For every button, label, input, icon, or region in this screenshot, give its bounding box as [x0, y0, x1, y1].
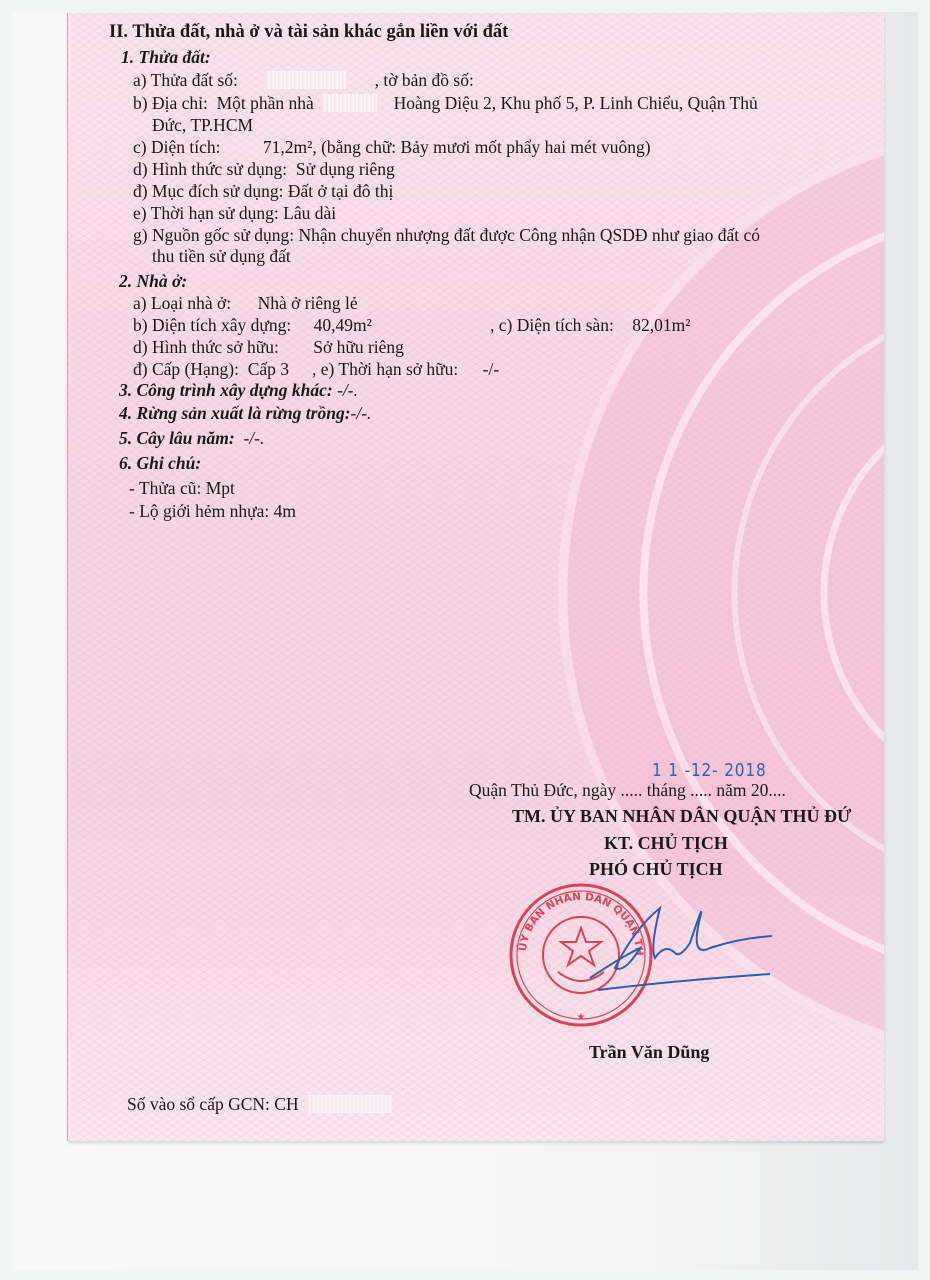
redacted-registry-number: [307, 1095, 392, 1113]
ownership-term-value: -/-: [483, 359, 500, 379]
house-build-area: b) Diện tích xây dựng: 40,49m²: [133, 315, 372, 336]
ownership-label: d) Hình thức sở hữu:: [133, 337, 279, 357]
origin-label: g) Nguồn gốc sử dụng:: [133, 225, 294, 245]
registry-label: Số vào sổ cấp GCN: CH: [127, 1094, 299, 1114]
land-use-term: e) Thời hạn sử dụng: Lâu dài: [133, 203, 336, 224]
perennial-trees: 5. Cây lâu năm: -/-.: [119, 428, 264, 449]
floor-area-value: 82,01m²: [632, 315, 690, 335]
land-heading: 1. Thửa đất:: [121, 47, 211, 68]
land-parcel-number: a) Thửa đất số: , tờ bản đồ số:: [133, 70, 474, 91]
use-term-value: Lâu dài: [283, 203, 336, 223]
use-purpose-label: đ) Mục đích sử dụng:: [133, 181, 283, 201]
land-origin: g) Nguồn gốc sử dụng: Nhận chuyển nhượng…: [133, 225, 760, 246]
area-label: c) Diện tích:: [133, 137, 220, 157]
house-floor-area: , c) Diện tích sàn: 82,01m²: [490, 315, 691, 336]
redacted-house-number: [322, 94, 377, 112]
forest-value: -/-.: [351, 403, 372, 423]
address-continuation: Đức, TP.HCM: [152, 115, 253, 136]
handwritten-signature-icon: [580, 888, 780, 998]
floor-area-label: , c) Diện tích sàn:: [490, 315, 614, 335]
origin-value: Nhận chuyển nhượng đất được Công nhận QS…: [299, 225, 761, 245]
other-works: 3. Công trình xây dựng khác: -/-.: [119, 380, 358, 401]
svg-text:★: ★: [577, 1012, 586, 1023]
grade-value: Cấp 3: [248, 359, 289, 379]
house-heading: 2. Nhà ở:: [119, 271, 187, 292]
use-form-value: Sử dụng riêng: [296, 159, 395, 179]
land-use-form: d) Hình thức sử dụng: Sử dụng riêng: [133, 159, 395, 180]
note-item: - Lộ giới hẻm nhựa: 4m: [129, 501, 296, 522]
section-title: II. Thửa đất, nhà ở và tài sản khác gắn …: [109, 22, 508, 43]
note-item: - Thửa cũ: Mpt: [129, 478, 235, 499]
forest-heading: 4. Rừng sản xuất là rừng trồng:: [119, 403, 351, 423]
address-prefix: Một phần nhà: [217, 93, 314, 113]
stamped-date: 1 1 -12- 2018: [652, 760, 767, 781]
address-value: Hoàng Diệu 2, Khu phố 5, P. Linh Chiểu, …: [394, 93, 758, 113]
land-address: b) Địa chỉ: Một phần nhà Hoàng Diệu 2, K…: [133, 93, 758, 114]
build-area-value: 40,49m²: [314, 315, 372, 335]
forest: 4. Rừng sản xuất là rừng trồng:-/-.: [119, 403, 371, 424]
land-parcel-label: a) Thửa đất số:: [133, 70, 238, 90]
ownership-value: Sở hữu riêng: [313, 337, 404, 357]
house-ownership-term: , e) Thời hạn sở hữu: -/-: [312, 359, 499, 380]
ownership-term-label: , e) Thời hạn sở hữu:: [312, 359, 458, 379]
use-form-label: d) Hình thức sử dụng:: [133, 159, 287, 179]
issuing-authority: TM. ỦY BAN NHÂN DÂN QUẬN THỦ ĐỨ: [512, 806, 851, 827]
house-grade: đ) Cấp (Hạng): Cấp 3: [133, 359, 289, 380]
house-type-value: Nhà ở riêng lẻ: [258, 293, 358, 313]
house-type-label: a) Loại nhà ở:: [133, 293, 231, 313]
perennial-heading: 5. Cây lâu năm:: [119, 428, 235, 448]
grade-label: đ) Cấp (Hạng):: [133, 359, 239, 379]
notes-heading: 6. Ghi chú:: [119, 453, 201, 474]
use-purpose-value: Đất ở tại đô thị: [288, 181, 394, 201]
place-and-date: Quận Thủ Đức, ngày ..... tháng ..... năm…: [469, 780, 786, 801]
signer-name: Trần Văn Dũng: [589, 1042, 709, 1063]
land-area: c) Diện tích: 71,2m², (bằng chữ: Bảy mươ…: [133, 137, 651, 158]
registry-number: Số vào sổ cấp GCN: CH: [127, 1094, 392, 1115]
house-type: a) Loại nhà ở: Nhà ở riêng lẻ: [133, 293, 358, 314]
perennial-value: -/-.: [243, 428, 264, 448]
certificate-content: II. Thửa đất, nhà ở và tài sản khác gắn …: [0, 0, 930, 1280]
land-use-purpose: đ) Mục đích sử dụng: Đất ở tại đô thị: [133, 181, 393, 202]
house-ownership: d) Hình thức sở hữu: Sở hữu riêng: [133, 337, 404, 358]
origin-continuation: thu tiền sử dụng đất: [152, 246, 291, 267]
area-value: 71,2m², (bằng chữ: Bảy mươi mốt phẩy hai…: [263, 137, 651, 157]
signer-role-1: KT. CHỦ TỊCH: [604, 833, 728, 854]
map-sheet-label: , tờ bản đồ số:: [375, 70, 474, 90]
signer-role-2: PHÓ CHỦ TỊCH: [589, 859, 723, 880]
other-works-value: -/-.: [337, 380, 358, 400]
redacted-parcel-number: [266, 71, 346, 89]
build-area-label: b) Diện tích xây dựng:: [133, 315, 291, 335]
use-term-label: e) Thời hạn sử dụng:: [133, 203, 279, 223]
address-label: b) Địa chỉ:: [133, 93, 208, 113]
other-works-heading: 3. Công trình xây dựng khác:: [119, 380, 333, 400]
